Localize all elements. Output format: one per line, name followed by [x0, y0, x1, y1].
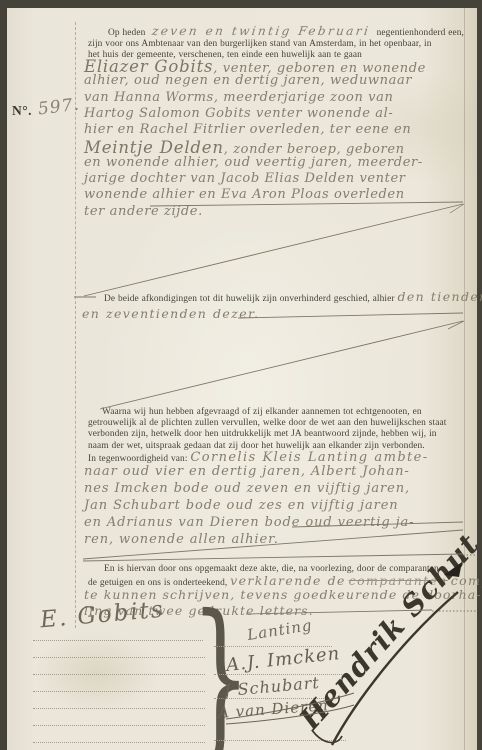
- witnesses-line: Jan Schubart bode oud zes en vijftig jar…: [84, 498, 470, 515]
- parties-line: Hartog Salomon Gobits venter wonende al-: [84, 106, 470, 122]
- act-number-label: N°.: [12, 103, 32, 119]
- banns-section: De beide afkondigingen tot dit huwelijk …: [88, 291, 470, 319]
- hand-banns-date-1: den tienden: [397, 289, 482, 304]
- parties-line: Meintje Delden, zonder beroep, geboren: [84, 138, 470, 154]
- banns-printed-text: De beide afkondigingen tot dit huwelijk …: [104, 294, 395, 304]
- witnesses-intro-printed: In tegenwoordigheid van:: [88, 454, 188, 464]
- parties-line: hier en Rachel Fitrlier overleden, ter e…: [84, 122, 470, 138]
- signature-line: [33, 708, 205, 709]
- witnesses-line: nes Imcken bode oud zeven en vijftig jar…: [84, 481, 470, 498]
- signature-line: [214, 740, 346, 741]
- witnesses-line: en Adrianus van Dieren bode oud veertig …: [84, 515, 470, 532]
- parties-line: jarige dochter van Jacob Elias Delden ve…: [84, 171, 470, 187]
- banns-line-1: De beide afkondigingen tot dit huwelijk …: [88, 291, 470, 305]
- hand-banns-date-2: en zeventienden dezer.: [82, 308, 470, 319]
- signature-line: [33, 640, 203, 641]
- signature-line: [33, 691, 205, 692]
- signature-line: [33, 674, 205, 675]
- hand-witness-1-start: Cornelis Kleis Lanting ambte-: [190, 450, 428, 465]
- signature-brace: }: [191, 613, 250, 743]
- parties-line: wonende alhier en Eva Aron Ploas overled…: [84, 187, 470, 203]
- intro-printed-start: Op heden: [108, 28, 145, 39]
- hand-marriage-date: zeven en twintig Februari: [151, 26, 371, 37]
- vows-line-1: Waarna wij hun hebben afgevraagd of zij …: [88, 407, 468, 418]
- witnesses-paragraph: naar oud vier en dertig jaren, Albert Jo…: [84, 464, 470, 549]
- vows-line-3: verbonden zijn, hetwelk door hen uitdruk…: [88, 429, 468, 440]
- signature-line: [33, 742, 205, 743]
- parties-line: en wonende alhier, oud veertig jaren, me…: [84, 155, 470, 171]
- intro-line-2: zijn voor ons Ambtenaar van den burgerli…: [88, 39, 464, 50]
- document-photo: { "colors": { "paper": "#e9e5d8", "frame…: [0, 0, 482, 750]
- witnesses-line: ren, wonende allen alhier.: [84, 532, 470, 549]
- parties-paragraph: Eliazer Gobits, venter, geboren en wonen…: [84, 57, 470, 220]
- signature-line: [33, 725, 205, 726]
- parties-line: van Hanna Worms, meerderjarige zoon van: [84, 90, 470, 106]
- parties-line: Eliazer Gobits, venter, geboren en wonen…: [84, 57, 470, 73]
- vows-paragraph: Waarna wij hun hebben afgevraagd of zij …: [88, 407, 468, 465]
- witnesses-line: naar oud vier en dertig jaren, Albert Jo…: [84, 464, 470, 481]
- intro-printed-year: negentienhonderd een,: [377, 28, 464, 39]
- vows-line-2: getrouwelijk al de plichten zullen vervu…: [88, 418, 468, 429]
- parties-line: ter andere zijde.: [84, 204, 470, 220]
- signature-line: [33, 657, 205, 658]
- parties-line: alhier, oud negen en dertig jaren, weduw…: [84, 73, 470, 89]
- intro-line-1: Op heden zeven en twintig Februari negen…: [88, 26, 464, 39]
